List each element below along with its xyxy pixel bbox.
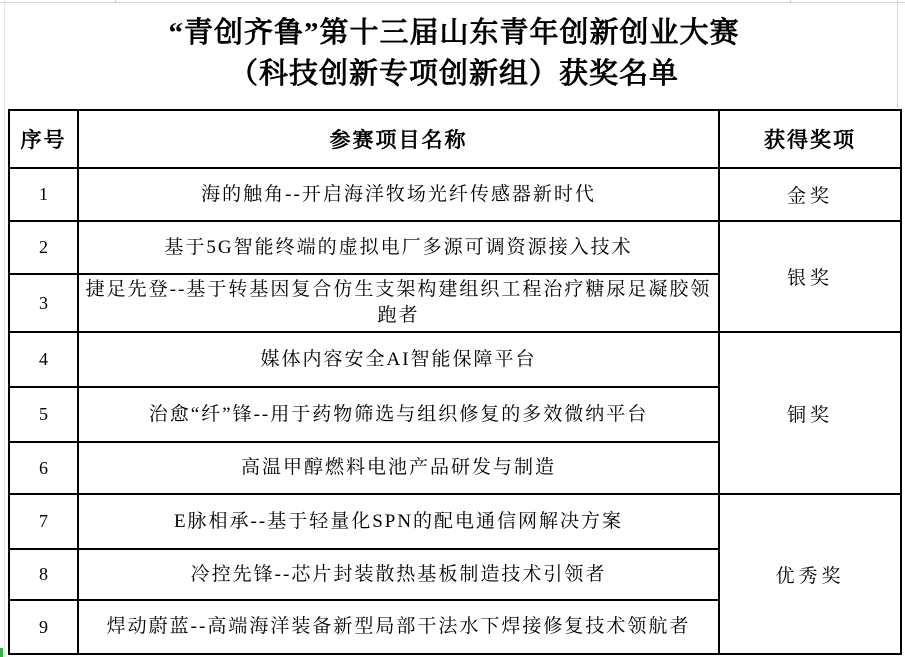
project-cell: 治愈“纤”锋--用于药物筛选与组织修复的多效微纳平台 <box>78 387 719 442</box>
serial-cell: 2 <box>9 221 78 274</box>
serial-cell: 9 <box>9 600 78 654</box>
project-cell: 高温甲醇燃料电池产品研发与制造 <box>78 442 719 494</box>
project-cell: E脉相承--基于轻量化SPN的配电通信网解决方案 <box>78 494 719 549</box>
project-cell: 冷控先锋--芯片封装散热基板制造技术引领者 <box>78 549 719 600</box>
top-gridline <box>0 2 905 3</box>
column-gridline-tick <box>115 0 116 3</box>
col-header-award: 获得奖项 <box>719 110 901 168</box>
column-gridline-tick <box>790 0 791 3</box>
table-row: 2 基于5G智能终端的虚拟电厂多源可调资源接入技术 银奖 <box>9 221 901 274</box>
serial-cell: 7 <box>9 494 78 549</box>
table-row: 1 海的触角--开启海洋牧场光纤传感器新时代 金奖 <box>9 168 901 221</box>
award-cell-excellence: 优秀奖 <box>719 494 901 654</box>
table-row: 7 E脉相承--基于轻量化SPN的配电通信网解决方案 优秀奖 <box>9 494 901 549</box>
document-title: “青创齐鲁”第十三届山东青年创新创业大赛 （科技创新专项创新组）获奖名单 <box>8 13 900 95</box>
serial-cell: 8 <box>9 549 78 600</box>
project-cell: 焊动蔚蓝--高端海洋装备新型局部干法水下焊接修复技术领航者 <box>78 600 719 654</box>
serial-cell: 1 <box>9 168 78 221</box>
serial-cell: 5 <box>9 387 78 442</box>
project-cell: 捷足先登--基于转基因复合仿生支架构建组织工程治疗糖尿足凝胶领跑者 <box>78 274 719 332</box>
title-line-2: （科技创新专项创新组）获奖名单 <box>8 54 900 95</box>
page: { "title": { "line1": "“青创齐鲁”第十三届山东青年创新创… <box>0 0 905 657</box>
col-header-project: 参赛项目名称 <box>78 110 719 168</box>
awards-table: 序号 参赛项目名称 获得奖项 1 海的触角--开启海洋牧场光纤传感器新时代 金奖… <box>8 109 902 655</box>
header-row: 序号 参赛项目名称 获得奖项 <box>9 110 901 168</box>
serial-cell: 4 <box>9 332 78 387</box>
project-cell: 基于5G智能终端的虚拟电厂多源可调资源接入技术 <box>78 221 719 274</box>
award-cell-gold: 金奖 <box>719 168 901 221</box>
serial-cell: 3 <box>9 274 78 332</box>
project-cell: 海的触角--开启海洋牧场光纤传感器新时代 <box>78 168 719 221</box>
title-line-1: “青创齐鲁”第十三届山东青年创新创业大赛 <box>8 13 900 54</box>
project-cell: 媒体内容安全AI智能保障平台 <box>78 332 719 387</box>
award-cell-silver: 银奖 <box>719 221 901 332</box>
serial-cell: 6 <box>9 442 78 494</box>
selection-corner-mark <box>0 648 3 657</box>
col-header-serial: 序号 <box>9 110 78 168</box>
award-cell-bronze: 铜奖 <box>719 332 901 494</box>
left-gridline <box>4 0 5 657</box>
table-row: 4 媒体内容安全AI智能保障平台 铜奖 <box>9 332 901 387</box>
